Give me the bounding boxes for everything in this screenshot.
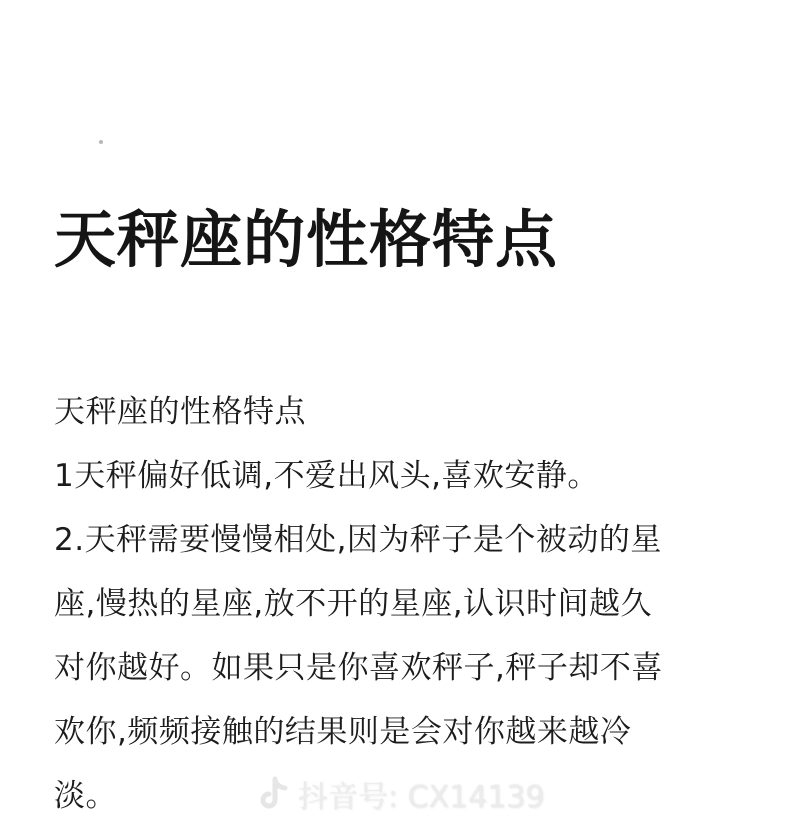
article-body: 天秤座的性格特点 1天秤偏好低调,不爱出风头,喜欢安静。 2.天秤需要慢慢相处,…	[54, 380, 754, 828]
page-title: 天秤座的性格特点	[54, 200, 558, 280]
image-artifact-dot	[99, 140, 103, 144]
body-line-point-2b: 座,慢热的星座,放不开的星座,认识时间越久	[54, 572, 754, 636]
watermark: 抖音号: CX14139	[258, 772, 545, 816]
body-line-point-2a: 2.天秤需要慢慢相处,因为秤子是个被动的星	[54, 508, 754, 572]
body-line-point-2d: 欢你,频频接触的结果则是会对你越来越冷	[54, 700, 754, 764]
body-line-point-2c: 对你越好。如果只是你喜欢秤子,秤子却不喜	[54, 636, 754, 700]
tiktok-logo-icon	[258, 776, 290, 812]
watermark-text: 抖音号: CX14139	[298, 772, 545, 816]
body-line-point-1: 1天秤偏好低调,不爱出风头,喜欢安静。	[54, 444, 754, 508]
body-line-subtitle: 天秤座的性格特点	[54, 380, 754, 444]
